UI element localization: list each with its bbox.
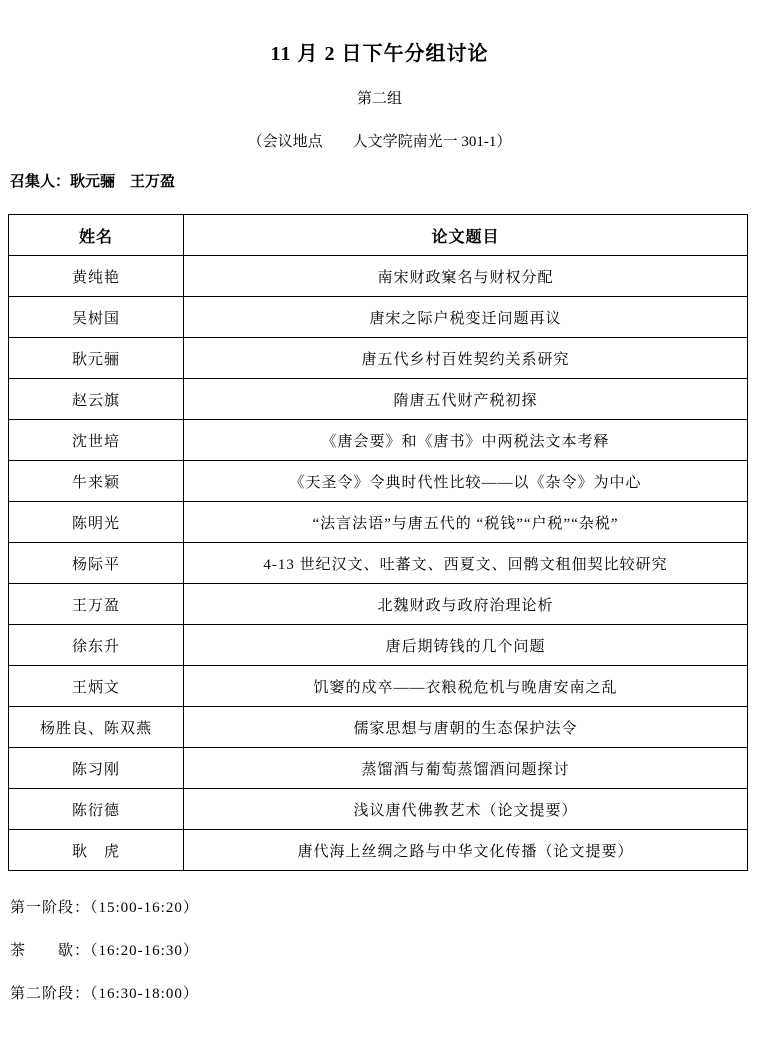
paper-title-cell: 饥窭的戍卒——衣粮税危机与晚唐安南之乱 — [184, 666, 748, 707]
schedule-phase-2: 第二阶段：（16:30-18:00） — [10, 985, 759, 1003]
convener-line: 召集人：耿元骊 王万盈 — [10, 173, 759, 191]
name-cell: 吴树国 — [9, 297, 184, 338]
name-cell: 王万盈 — [9, 584, 184, 625]
name-cell: 陈衍德 — [9, 789, 184, 830]
name-cell: 沈世培 — [9, 420, 184, 461]
name-cell: 杨际平 — [9, 543, 184, 584]
name-cell: 陈明光 — [9, 502, 184, 543]
table-row: 吴树国唐宋之际户税变迁问题再议 — [9, 297, 748, 338]
name-cell: 耿 虎 — [9, 830, 184, 871]
table-row: 王万盈北魏财政与政府治理论析 — [9, 584, 748, 625]
paper-title-cell: 南宋财政窠名与财权分配 — [184, 256, 748, 297]
name-cell: 杨胜良、陈双燕 — [9, 707, 184, 748]
table-row: 牛来颖《天圣令》令典时代性比较——以《杂令》为中心 — [9, 461, 748, 502]
name-column-header: 姓名 — [9, 215, 184, 256]
papers-table: 姓名 论文题目 黄纯艳南宋财政窠名与财权分配吴树国唐宋之际户税变迁问题再议耿元骊… — [8, 214, 748, 871]
papers-table-body: 黄纯艳南宋财政窠名与财权分配吴树国唐宋之际户税变迁问题再议耿元骊唐五代乡村百姓契… — [9, 256, 748, 871]
table-row: 杨胜良、陈双燕儒家思想与唐朝的生态保护法令 — [9, 707, 748, 748]
schedule-tea-break: 茶 歇：（16:20-16:30） — [10, 942, 759, 960]
schedule-phase-1: 第一阶段：（15:00-16:20） — [10, 899, 759, 917]
paper-title-cell: 4-13 世纪汉文、吐蕃文、西夏文、回鹘文租佃契比较研究 — [184, 543, 748, 584]
table-row: 沈世培《唐会要》和《唐书》中两税法文本考释 — [9, 420, 748, 461]
name-cell: 耿元骊 — [9, 338, 184, 379]
paper-title-cell: 儒家思想与唐朝的生态保护法令 — [184, 707, 748, 748]
name-cell: 王炳文 — [9, 666, 184, 707]
paper-title-cell: 北魏财政与政府治理论析 — [184, 584, 748, 625]
table-row: 杨际平4-13 世纪汉文、吐蕃文、西夏文、回鹘文租佃契比较研究 — [9, 543, 748, 584]
table-row: 陈衍德浅议唐代佛教艺术（论文提要） — [9, 789, 748, 830]
schedule-section: 第一阶段：（15:00-16:20） 茶 歇：（16:20-16:30） 第二阶… — [10, 899, 759, 1003]
page-title: 11 月 2 日下午分组讨论 — [0, 0, 759, 65]
table-header-row: 姓名 论文题目 — [9, 215, 748, 256]
paper-title-cell: 《唐会要》和《唐书》中两税法文本考释 — [184, 420, 748, 461]
name-cell: 黄纯艳 — [9, 256, 184, 297]
name-cell: 陈习刚 — [9, 748, 184, 789]
paper-title-cell: 唐宋之际户税变迁问题再议 — [184, 297, 748, 338]
group-label: 第二组 — [0, 90, 759, 108]
table-row: 陈明光“法言法语”与唐五代的 “税钱”“户税”“杂税” — [9, 502, 748, 543]
name-cell: 赵云旗 — [9, 379, 184, 420]
table-row: 陈习刚蒸馏酒与葡萄蒸馏酒问题探讨 — [9, 748, 748, 789]
paper-title-cell: 唐代海上丝绸之路与中华文化传播（论文提要） — [184, 830, 748, 871]
paper-title-cell: 唐后期铸钱的几个问题 — [184, 625, 748, 666]
table-row: 徐东升唐后期铸钱的几个问题 — [9, 625, 748, 666]
venue-line: （会议地点 人文学院南光一 301-1） — [0, 133, 759, 151]
paper-title-column-header: 论文题目 — [184, 215, 748, 256]
paper-title-cell: 《天圣令》令典时代性比较——以《杂令》为中心 — [184, 461, 748, 502]
name-cell: 徐东升 — [9, 625, 184, 666]
table-row: 耿元骊唐五代乡村百姓契约关系研究 — [9, 338, 748, 379]
table-row: 黄纯艳南宋财政窠名与财权分配 — [9, 256, 748, 297]
table-row: 耿 虎唐代海上丝绸之路与中华文化传播（论文提要） — [9, 830, 748, 871]
table-row: 王炳文饥窭的戍卒——衣粮税危机与晚唐安南之乱 — [9, 666, 748, 707]
paper-title-cell: 唐五代乡村百姓契约关系研究 — [184, 338, 748, 379]
paper-title-cell: “法言法语”与唐五代的 “税钱”“户税”“杂税” — [184, 502, 748, 543]
table-row: 赵云旗隋唐五代财产税初探 — [9, 379, 748, 420]
name-cell: 牛来颖 — [9, 461, 184, 502]
paper-title-cell: 隋唐五代财产税初探 — [184, 379, 748, 420]
document-page: 11 月 2 日下午分组讨论 第二组 （会议地点 人文学院南光一 301-1） … — [0, 0, 759, 1052]
paper-title-cell: 浅议唐代佛教艺术（论文提要） — [184, 789, 748, 830]
paper-title-cell: 蒸馏酒与葡萄蒸馏酒问题探讨 — [184, 748, 748, 789]
